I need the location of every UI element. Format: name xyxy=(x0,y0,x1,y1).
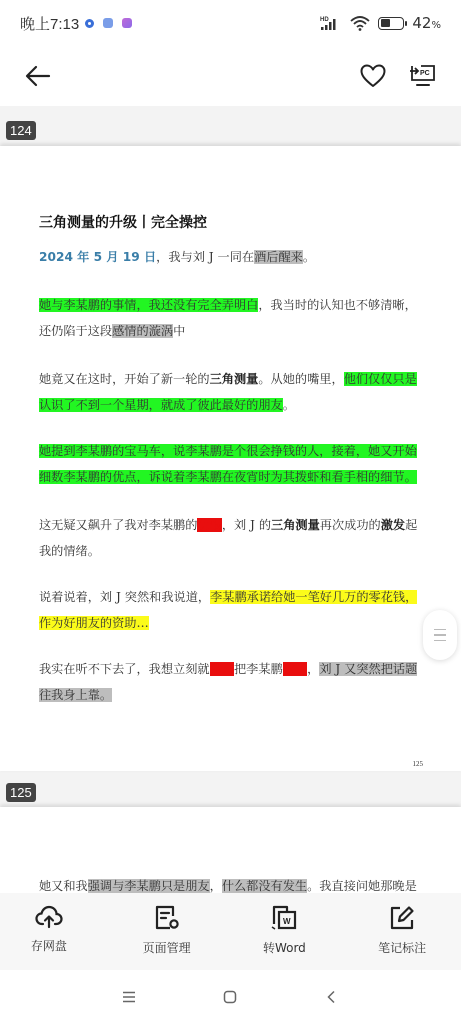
paragraph: 这无疑又飙升了我对李某鹏的仇恨，刘 J 的三角测量再次成功的激发起我的情绪。 xyxy=(39,512,427,564)
status-bar: 晚上7:13 HD 42% xyxy=(0,0,461,46)
svg-text:W: W xyxy=(283,917,291,926)
text-segment: 中 xyxy=(173,324,185,338)
document-page: 三角测量的升级丨完全操控 2024 年 5 月 19 日，我与刘 J 一同在酒后… xyxy=(0,146,461,771)
paragraph: 她竟又在这时，开始了新一轮的三角测量。从她的嘴里，他们仅仅只是认识了不到一个星期… xyxy=(39,366,427,418)
menu-icon xyxy=(122,991,136,1003)
bold-text: 三角测量 xyxy=(271,518,320,532)
page-manage-icon xyxy=(154,905,180,931)
text-segment: 把李某鹏 xyxy=(234,662,283,676)
text-segment: 。 xyxy=(283,398,295,412)
gray-highlight[interactable]: 感情的漩涡 xyxy=(112,324,173,338)
text-segment: 再次成功的 xyxy=(320,518,381,532)
svg-text:PC: PC xyxy=(420,70,430,77)
purple-app-icon xyxy=(122,18,132,28)
red-highlight[interactable]: 拿刀 xyxy=(210,662,234,676)
battery-icon xyxy=(378,17,404,30)
recent-apps-button[interactable] xyxy=(119,987,139,1007)
gray-highlight[interactable]: 强调与李某鹏只是朋友 xyxy=(88,879,210,893)
text-segment: 我实在听不下去了，我想立刻就 xyxy=(39,662,210,676)
home-button[interactable] xyxy=(220,987,240,1007)
bottom-action-bar: 存网盘 页面管理 W 转Word 笔记标注 xyxy=(0,893,461,970)
paragraph: 她提到李某鹏的宝马车，说李某鹏是个很会挣钱的人，接着，她又开始细数李某鹏的优点，… xyxy=(39,438,427,490)
scroll-handle[interactable] xyxy=(423,610,457,660)
date-text: 2024 年 5 月 19 日 xyxy=(39,250,156,264)
paragraph: 我实在听不下去了，我想立刻就拿刀把李某鹏砍了，刘 J 又突然把话题往我身上靠。 xyxy=(39,656,427,708)
home-icon xyxy=(223,990,237,1004)
edit-note-icon xyxy=(389,905,415,931)
handle-line xyxy=(434,640,446,641)
text-segment: 。 xyxy=(303,250,315,264)
top-toolbar: PC xyxy=(0,46,461,106)
text-segment: ， xyxy=(210,879,222,893)
red-highlight[interactable]: 砍了 xyxy=(283,662,307,676)
send-to-pc-icon: PC xyxy=(409,63,437,89)
convert-word-icon: W xyxy=(270,905,298,931)
back-button[interactable] xyxy=(20,58,56,94)
handle-line xyxy=(434,634,446,635)
save-to-cloud-button[interactable]: 存网盘 xyxy=(0,893,108,970)
page-number-badge: 125 xyxy=(6,783,36,802)
red-highlight[interactable]: 仇恨 xyxy=(197,518,221,532)
paragraph: 说着说着，刘 J 突然和我说道，李某鹏承诺给她一笔好几万的零花钱，作为好朋友的资… xyxy=(39,584,427,636)
text-segment: 说着说着，刘 J 突然和我说道， xyxy=(39,590,210,604)
text-segment: ， xyxy=(307,662,319,676)
document-title: 三角测量的升级丨完全操控 xyxy=(39,212,207,232)
heart-icon xyxy=(360,64,386,88)
blue-app-icon xyxy=(103,18,113,28)
green-highlight[interactable]: 她提到李某鹏的宝马车，说李某鹏是个很会挣钱的人，接着，她又开始细数李某鹏的优点，… xyxy=(39,444,417,484)
arrow-left-icon xyxy=(25,65,51,87)
page-manage-button[interactable]: 页面管理 xyxy=(108,893,226,970)
status-time: 晚上7:13 xyxy=(20,13,79,34)
convert-word-button[interactable]: W 转Word xyxy=(226,893,344,970)
paragraph: 2024 年 5 月 19 日，我与刘 J 一同在酒后醒来。 xyxy=(39,244,427,270)
signal-icon: HD xyxy=(320,15,342,31)
save-to-cloud-label: 存网盘 xyxy=(31,937,67,954)
system-nav-bar xyxy=(0,970,461,1024)
page-number-badge: 124 xyxy=(6,121,36,140)
paragraph: 她与李某鹏的事情，我还没有完全弄明白，我当时的认知也不够清晰，还仍陷于这段感情的… xyxy=(39,292,427,344)
send-to-pc-button[interactable]: PC xyxy=(405,58,441,94)
text-segment: ，刘 J 的 xyxy=(222,518,271,532)
favorite-button[interactable] xyxy=(355,58,391,94)
text-segment: ，我与刘 J 一同在 xyxy=(156,250,254,264)
text-segment: 这无疑又飙升了我对李某鹏的 xyxy=(39,518,197,532)
handle-line xyxy=(434,629,446,630)
gray-highlight[interactable]: 酒后醒来 xyxy=(254,250,303,264)
text-segment: 她竟又在这时，开始了新一轮的 xyxy=(39,372,210,386)
text-segment: 。从她的嘴里， xyxy=(258,372,343,386)
text-segment: 她又和我 xyxy=(39,879,88,893)
status-indicators: HD 42% xyxy=(320,14,441,32)
circle-app-icon xyxy=(85,19,94,28)
system-back-button[interactable] xyxy=(321,987,341,1007)
green-highlight[interactable]: 她与李某鹏的事情，我还没有完全弄明白 xyxy=(39,298,258,312)
gray-highlight[interactable]: 什么都没有发生 xyxy=(222,879,307,893)
bold-text: 三角测量 xyxy=(210,372,259,386)
page-manage-label: 页面管理 xyxy=(143,939,191,956)
note-annotate-label: 笔记标注 xyxy=(378,939,426,956)
document-page: 她又和我强调与李某鹏只是朋友，什么都没有发生。我直接问她那晚是 xyxy=(0,807,461,897)
battery-percent: 42% xyxy=(412,14,441,32)
note-annotate-button[interactable]: 笔记标注 xyxy=(343,893,461,970)
svg-text:HD: HD xyxy=(320,17,329,23)
back-icon xyxy=(326,990,336,1004)
wifi-icon xyxy=(350,15,370,31)
bold-text: 激发 xyxy=(381,518,405,532)
text-segment: 。我直接问她那晚是 xyxy=(307,879,417,893)
cloud-upload-icon xyxy=(35,905,63,929)
page-footer-number: 125 xyxy=(413,760,424,768)
convert-word-label: 转Word xyxy=(263,939,306,956)
notification-icons xyxy=(85,18,132,28)
